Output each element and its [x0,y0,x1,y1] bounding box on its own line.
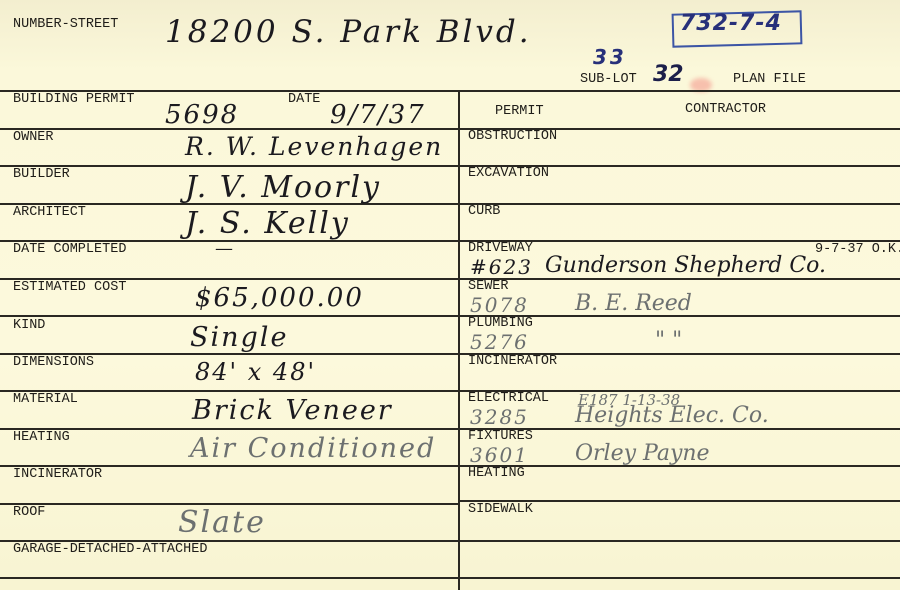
rule [0,315,459,317]
permit-header: PERMIT [495,104,544,119]
field-label: INCINERATOR [13,467,102,482]
field-value: R. W. Levenhagen [185,132,443,161]
field-value: Single [190,322,288,353]
permit-type-label: DRIVEWAY [468,241,533,256]
number-street-value: 18200 S. Park Blvd. [165,14,532,50]
building-permit-card: NUMBER-STREET 18200 S. Park Blvd. 732-7-… [0,0,900,590]
rule [459,577,900,579]
field-value: — [215,238,235,259]
sub-lot-value: 33 [593,45,627,69]
plan-file-label: PLAN FILE [733,72,806,87]
permit-type-label: OBSTRUCTION [468,129,557,144]
field-label: KIND [13,318,45,333]
contractor-name: Orley Payne [575,441,710,466]
field-value: J. V. Moorly [185,170,381,205]
permit-type-label: INCINERATOR [468,354,557,369]
field-label: GARAGE-DETACHED-ATTACHED [13,542,207,557]
field-label: ROOF [13,505,45,520]
permit-note: E187 1-13-38 [578,391,680,409]
permit-number: 3601 [470,443,529,467]
field-label: ESTIMATED COST [13,280,126,295]
field-value: J. S. Kelly [185,206,350,241]
field-label: MATERIAL [13,392,78,407]
date-value: 9/7/37 [330,100,426,130]
permit-type-label: SEWER [468,279,509,294]
rule [459,203,900,205]
contractor-header: CONTRACTOR [685,102,766,117]
field-label: BUILDING PERMIT [13,92,135,107]
permit-type-label: CURB [468,204,500,219]
rule [0,90,900,92]
field-label: DATE COMPLETED [13,242,126,257]
permit-number: 3285 [470,405,529,429]
field-value: 5698 [165,100,239,130]
permit-note: 9-7-37 O.K. [815,242,900,257]
field-value: Brick Veneer [192,395,393,426]
contractor-name: Gunderson Shepherd Co. [545,253,826,278]
field-label: HEATING [13,430,70,445]
date-label: DATE [288,92,320,107]
contractor-name: B. E. Reed [575,291,692,316]
permit-number: #623 [470,255,533,279]
field-label: DIMENSIONS [13,355,94,370]
sub-lot-label: SUB-LOT [580,72,637,87]
permit-type-label: HEATING [468,466,525,481]
rule [0,577,459,579]
number-street-label: NUMBER-STREET [13,17,118,32]
field-label: BUILDER [13,167,70,182]
field-label: ARCHITECT [13,205,86,220]
permit-type-label: FIXTURES [468,429,533,444]
permit-type-label: ELECTRICAL [468,391,549,406]
sub-lot-struck-value: 32 [653,62,684,87]
field-value: Air Conditioned [190,433,436,464]
field-value: $65,000.00 [195,283,364,313]
permit-type-label: PLUMBING [468,316,533,331]
permit-number: 5078 [470,293,529,317]
permit-number: 5276 [470,330,529,354]
field-label: OWNER [13,130,54,145]
rule [459,540,900,542]
permit-type-label: EXCAVATION [468,166,549,181]
field-value: 84' x 48' [195,358,316,386]
permit-type-label: SIDEWALK [468,502,533,517]
contractor-name: " " [655,328,682,353]
field-value: Slate [178,505,266,540]
file-number-value: 732-7-4 [680,11,782,36]
